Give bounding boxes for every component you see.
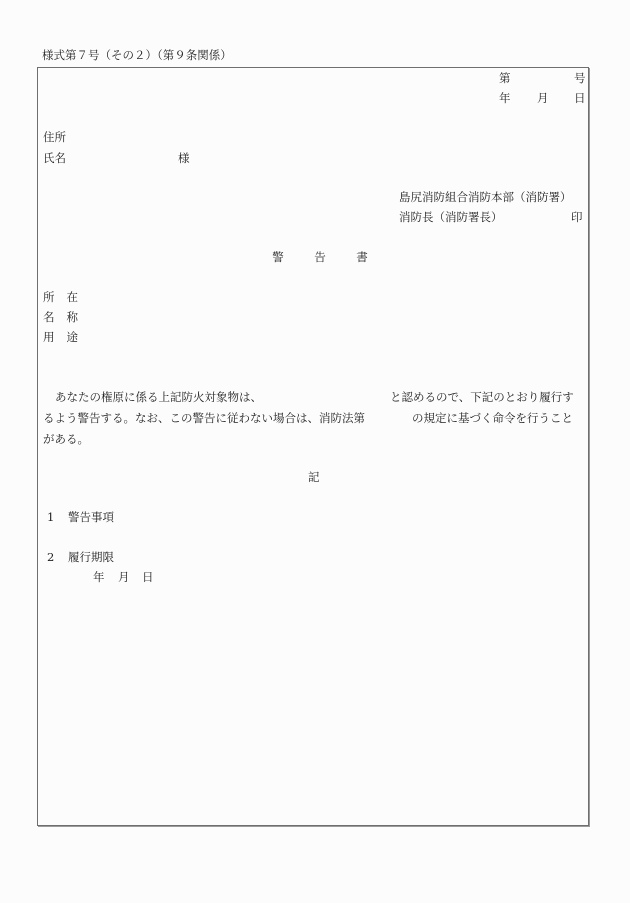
location-label: 所在 bbox=[43, 292, 78, 304]
name-field-label: 名称 bbox=[43, 312, 78, 324]
body-line3: がある。 bbox=[43, 434, 89, 446]
label-char: 称 bbox=[67, 310, 79, 324]
label-char: 名 bbox=[43, 310, 55, 324]
deadline-year: 年 bbox=[93, 572, 105, 584]
body-line2-b: の規定に基づく命令を行うこと bbox=[412, 413, 573, 425]
item-label-deadline: 履行期限 bbox=[68, 552, 114, 564]
note-heading: 記 bbox=[308, 472, 320, 484]
title-char: 告 bbox=[299, 252, 341, 264]
item-label-warning-matters: 警告事項 bbox=[68, 512, 114, 524]
doc-number-dai: 第 bbox=[499, 73, 511, 85]
body-line2-a: るよう警告する。なお、この警告に従わない場合は、消防法第 bbox=[43, 413, 365, 425]
document-title: 警告書 bbox=[257, 252, 383, 264]
date-day: 日 bbox=[574, 93, 586, 105]
seal-mark: 印 bbox=[571, 212, 583, 224]
form-number: 様式第７号（その２）（第９条関係） bbox=[42, 50, 232, 62]
name-label: 氏名 bbox=[43, 153, 66, 165]
date-year: 年 bbox=[499, 93, 511, 105]
issuer-organization: 島尻消防組合消防本部（消防署） bbox=[399, 192, 572, 204]
deadline-month: 月 bbox=[118, 572, 130, 584]
issuer-chief: 消防長（消防署長） bbox=[399, 212, 503, 224]
label-char: 在 bbox=[67, 290, 79, 304]
document-frame bbox=[37, 67, 589, 826]
body-line1-a: あなたの権原に係る上記防火対象物は、 bbox=[55, 392, 262, 404]
doc-number-go: 号 bbox=[574, 73, 586, 85]
label-char: 途 bbox=[67, 330, 79, 344]
honorific: 様 bbox=[178, 153, 190, 165]
body-line1-b: と認めるので、下記のとおり履行す bbox=[390, 392, 574, 404]
label-char: 所 bbox=[43, 290, 55, 304]
title-char: 書 bbox=[341, 252, 383, 264]
item-number: 1 bbox=[47, 512, 54, 524]
address-label: 住所 bbox=[43, 132, 66, 144]
deadline-day: 日 bbox=[142, 572, 154, 584]
label-char: 用 bbox=[43, 330, 55, 344]
use-label: 用途 bbox=[43, 332, 78, 344]
date-month: 月 bbox=[537, 93, 549, 105]
item-number: 2 bbox=[47, 552, 54, 564]
title-char: 警 bbox=[257, 252, 299, 264]
